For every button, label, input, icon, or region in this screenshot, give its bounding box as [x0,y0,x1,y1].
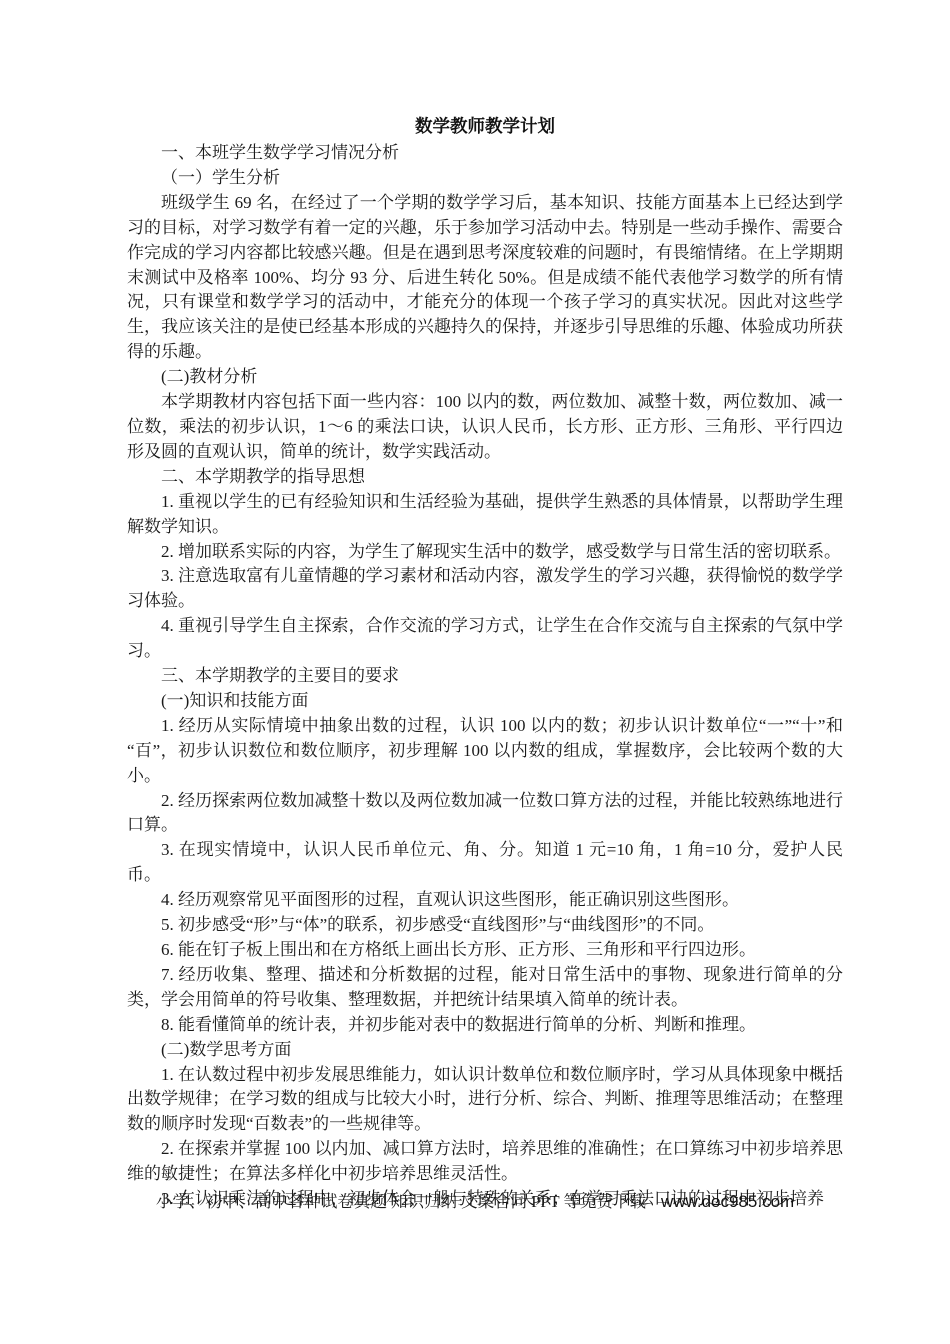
paragraph: 3. 在现实情境中，认识人民币单位元、角、分。知道 1 元=10 角，1 角=1… [127,838,843,888]
document-body: 一、本班学生数学学习情况分析（一）学生分析班级学生 69 名，在经过了一个学期的… [127,141,843,1212]
paragraph: 6. 能在钉子板上围出和在方格纸上画出长方形、正方形、三角形和平行四边形。 [127,938,843,963]
paragraph: 8. 能看懂简单的统计表，并初步能对表中的数据进行简单的分析、判断和推理。 [127,1013,843,1038]
paragraph: （一）学生分析 [127,166,843,191]
document-content: 数学教师教学计划 一、本班学生数学学习情况分析（一）学生分析班级学生 69 名，… [127,114,843,1212]
page-title: 数学教师教学计划 [127,114,843,139]
paragraph: (一)知识和技能方面 [127,689,843,714]
paragraph: 4. 重视引导学生自主探索，合作交流的学习方式，让学生在合作交流与自主探索的气氛… [127,614,843,664]
paragraph: (二)数学思考方面 [127,1038,843,1063]
paragraph: 三、本学期教学的主要目的要求 [127,664,843,689]
paragraph: 1. 经历从实际情境中抽象出数的过程，认识 100 以内的数；初步认识计数单位“… [127,714,843,789]
paragraph: 3. 注意选取富有儿童情趣的学习素材和活动内容，激发学生的学习兴趣，获得愉悦的数… [127,564,843,614]
paragraph: 7. 经历收集、整理、描述和分析数据的过程，能对日常生活中的事物、现象进行简单的… [127,963,843,1013]
paragraph: 2. 经历探索两位数加减整十数以及两位数加减一位数口算方法的过程，并能比较熟练地… [127,789,843,839]
paragraph: 1. 重视以学生的已有经验知识和生活经验为基础，提供学生熟悉的具体情景，以帮助学… [127,490,843,540]
footer: 小学、初中、高中各种试卷真题 知识归纳 文案合同 PPT 等免费下载www.do… [0,1189,950,1214]
paragraph: 一、本班学生数学学习情况分析 [127,141,843,166]
paragraph: 2. 在探索并掌握 100 以内加、减口算方法时，培养思维的准确性；在口算练习中… [127,1137,843,1187]
document-page: 数学教师教学计划 一、本班学生数学学习情况分析（一）学生分析班级学生 69 名，… [0,0,950,1344]
footer-text: 小学、初中、高中各种试卷真题 知识归纳 文案合同 PPT 等免费下载 [156,1192,646,1211]
paragraph: 2. 增加联系实际的内容，为学生了解现实生活中的数学，感受数学与日常生活的密切联… [127,540,843,565]
paragraph: 1. 在认数过程中初步发展思维能力，如认识计数单位和数位顺序时，学习从具体现象中… [127,1063,843,1138]
paragraph: 4. 经历观察常见平面图形的过程，直观认识这些图形，能正确识别这些图形。 [127,888,843,913]
paragraph: 班级学生 69 名，在经过了一个学期的数学学习后，基本知识、技能方面基本上已经达… [127,191,843,365]
paragraph: 5. 初步感受“形”与“体”的联系，初步感受“直线图形”与“曲线图形”的不同。 [127,913,843,938]
paragraph: (二)教材分析 [127,365,843,390]
paragraph: 二、本学期教学的指导思想 [127,465,843,490]
footer-site-url: www.doc985.com [661,1192,794,1211]
paragraph: 本学期教材内容包括下面一些内容：100 以内的数，两位数加、减整十数，两位数加、… [127,390,843,465]
